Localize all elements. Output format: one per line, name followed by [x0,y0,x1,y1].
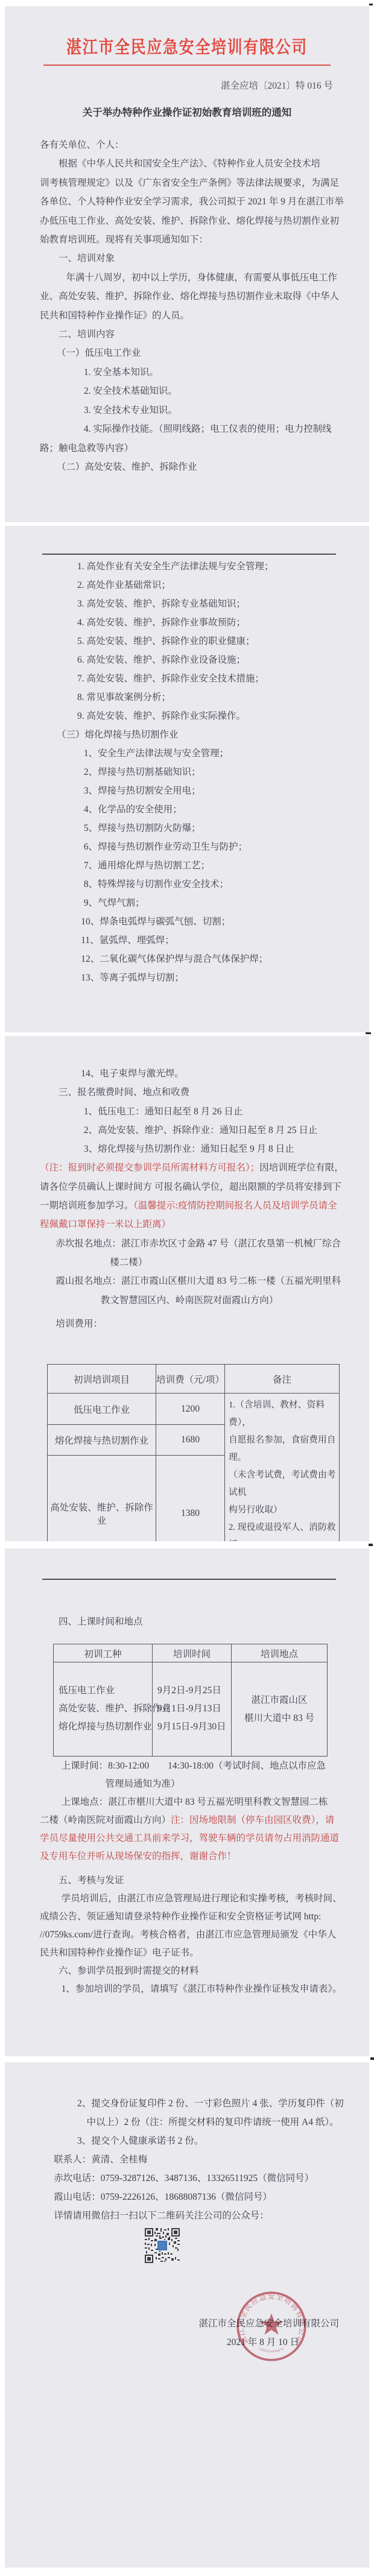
schedule-table: 初训工种 培训时间 培训地点 低压电工作业 高处安装、维护、拆除作业 熔化焊接与… [53,1644,328,1757]
text-line: 业、高处安装、维护、拆除作业、熔化焊接与热切割作业未取得《中华人 [40,287,343,306]
text-line: 一期培训班参加学习。（温馨提示:疫情防控期间报名人员及培训学员请全 [40,1196,343,1215]
page-3-body: 14、电子束焊与激光焊。三、报名缴费时间、地点和收费1、低压电工：通知日起至 8… [40,1064,343,1333]
text-line: 管理局通知为准） [40,1775,343,1793]
text-line: 1、低压电工：通知日起至 8 月 26 日止 [40,1102,343,1121]
text-line: 及专用车位并听从现场保安的指挥，谢谢合作！ [40,1848,343,1866]
schedule-job: 熔化焊接与热切割作业 [59,1718,152,1736]
text-line: 四、上课时间和地点 [40,1612,343,1631]
fee-value: 1680 [156,1425,225,1456]
text-line: 年满十八周岁，初中以上学历，身体健康，有需要从事低压电工作 [40,268,343,287]
page-3: 14、电子束焊与激光焊。三、报名缴费时间、地点和收费1、低压电工：通知日起至 8… [5,1036,369,1541]
text-line: 12、二氧化碳气体保护焊与混合气体保护焊； [40,950,343,968]
text-line: 1. 安全基本知识。 [40,363,343,382]
letterhead-rule [42,1579,336,1580]
text-line: //0759ks.com/进行查询。考核合格者，由湛江市应急管理局颁发《中华人 [40,1926,343,1944]
letterhead-rule [42,554,336,555]
fee-item: 低压电工作业 [48,1394,156,1425]
text-run: 二楼（岭南医院对面霞山方向） [40,1815,171,1825]
schedule-job: 低压电工作业 [59,1682,152,1700]
text-line: 1. 高处作业有关安全生产法律法规与安全管理； [40,557,343,576]
text-line: 二、培训内容 [40,325,343,344]
text-line: 13、等离子弧焊与切割； [40,968,343,987]
text-line: 上课时间：8:30-12:00 14:30-18:00（考试时间、地点以市应急 [40,1757,343,1775]
scan-artifact [366,1032,371,1034]
text-line: 2、焊接与热切割基础知识； [40,763,343,781]
page-1: 湛江市全民应急安全培训有限公司 湛全应培〔2021〕特 016 号 关于举办特种… [5,6,369,522]
schedule-time: 9月1日-9月13日 [157,1700,231,1718]
text-line: 民共和国特种作业操作证》的人员。 [40,306,343,325]
text-line: 教文智慧园区内、岭南医院对面霞山方向） [40,1291,343,1310]
fee-item: 熔化焊接与热切割作业 [48,1425,156,1456]
text-line: （二）高处安装、维护、拆除作业 [40,458,343,476]
schedule-job: 高处安装、维护、拆除作业 [59,1700,152,1718]
fee-item: 高处安装、维护、拆除作业 [48,1456,156,1542]
company-letterhead-title: 湛江市全民应急安全培训有限公司 [30,34,343,58]
text-line: 路；触电急救等内容） [40,439,343,458]
fee-table-header-fee: 培训费（元/项） [156,1365,225,1394]
text-line: （三）熔化焊接与热切割作业 [40,725,343,744]
text-line: （一）低压电工作业 [40,344,343,362]
text-line: 6、焊接与热切割作业劳动卫生与防护； [40,838,343,856]
text-line: 3、提交个人健康承诺书 2 份。 [40,2132,343,2150]
text-line: 8. 常见事故案例分析； [40,688,343,707]
text-line: 9、气焊气割； [40,894,343,912]
text-line: 请各位学员确认上课时间方 可报名确认学位，超出限额的学员将安排到下 [40,1178,343,1196]
text-line: 联系人：黄清、全桂梅 [40,2150,343,2169]
text-line: 5、焊接与热切割防火防爆； [40,819,343,838]
text-line: 始教育培训班。现将有关事项通知如下： [40,230,343,249]
text-line: 7. 高处安装、维护、拆除作业安全技术措施； [40,669,343,688]
text-line: 5. 高处安装、维护、拆除作业的职业健康； [40,632,343,651]
text-line: 各有关单位、个人： [40,136,343,154]
text-line: 各单位、个人特种作业安全学习需求，我公司拟于 2021 年 9 月在湛江市举 [40,192,343,211]
text-line: 2、提交身份证复印件 2 份、一寸彩色照片 4 张、学历复印件（初 [40,2094,343,2113]
text-line: 成绩公告、领证通知请登录特种作业操作证和安全资格证考试网 http: [40,1908,343,1926]
fee-value: 1200 [156,1394,225,1425]
stamp-code-text: 1406024044876 [258,2347,284,2353]
text-line: 10、焊条电弧焊与碳弧气刨、切割； [40,912,343,931]
text-line: 中以上）2 份（注：所提交材料的复印件请统一使用 A4 纸）。 [40,2113,343,2132]
text-line: 2. 安全技术基础知识。 [40,382,343,400]
schedule-header-job: 初训工种 [54,1644,153,1662]
text-line: 3. 高处安装、维护、拆除专业基础知识； [40,595,343,613]
text-line: 赤坎电话：0759-3287126、3487136、13326511925（微信… [40,2169,343,2188]
scanned-notice-document: { "header": { "company": "湛江市全民应急安全培训有限公… [0,0,374,2576]
text-line: 6. 高处安装、维护、拆除作业设备设施； [40,651,343,669]
text-line: 9. 高处安装、维护、拆除作业实际操作。 [40,707,343,725]
document-number: 湛全应培〔2021〕特 016 号 [5,78,333,92]
text-line: 8、特殊焊接与切割作业安全技术； [40,875,343,894]
page-4: 四、上课时间和地点 初训工种 培训时间 培训地点 低压电工作业 高处安装、维护、… [5,1548,369,2056]
text-line: （注：报到时必须提交参训学员所需材料方可报名）；因培训班学位有限， [40,1158,343,1177]
page-2: 1. 高处作业有关安全生产法律法规与安全管理；2. 高处作业基础常识；3. 高处… [5,526,369,1032]
text-line: 1、参加培训的学员，请填写《湛江市特种作业操作证核发申请表》。 [40,1980,343,1998]
schedule-time: 9月15日-9月30日 [157,1718,231,1736]
text-line: 14、电子束焊与激光焊。 [40,1064,343,1083]
fee-table-header-item: 初训培训项目 [48,1365,156,1394]
text-run: 因培训班学位有限， [259,1163,344,1173]
text-line: 二楼（岭南医院对面霞山方向）注：因场地限制（停车由园区收费），请 [40,1811,343,1829]
schedule-location: 湛江市霞山区 椹川大道中 83 号 [232,1662,327,1728]
schedule-time: 9月2日-9月25日 [157,1682,231,1700]
text-run: 一期培训班参加学习。 [40,1201,133,1211]
text-line: 程佩戴口罩保持一米以上距离） [40,1215,343,1234]
page-2-body: 1. 高处作业有关安全生产法律法规与安全管理；2. 高处作业基础常识；3. 高处… [40,557,343,987]
schedule-jobs: 低压电工作业 高处安装、维护、拆除作业 熔化焊接与热切割作业 [54,1662,152,1736]
scan-artifact [369,4,373,5]
text-line: 详情请用微信扫一扫以下二维码关注公司的公众号： [40,2206,343,2225]
wechat-qr-code [145,2228,180,2263]
letterhead-red-rule [43,65,331,66]
text-line: 4、化学品的安全使用； [40,800,343,819]
page-1-body: 各有关单位、个人：根据《中华人民共和国安全生产法》、《特种作业人员安全技术培训考… [40,136,343,476]
fee-value: 1380 [156,1456,225,1542]
text-line: 办低压电工作业、高处安装、维护、拆除作业、熔化焊接与热切割作业初 [40,212,343,230]
text-line: 霞山电话：0759-2226126、18688087136（微信同号） [40,2188,343,2206]
fee-table: 初训培训项目 培训费（元/项） 备注 低压电工作业 1200 1.（含培训、教材… [47,1364,340,1541]
text-line: 7、通用熔化焊与热切割工艺； [40,856,343,875]
table-row: 低压电工作业 1200 1.（含培训、教材、资料费）， 自愿报名参加，食宿费用自… [48,1394,340,1425]
text-line: 上课地点：湛江市椹川大道中 83 号五福光明里科教文智慧园二栋 [40,1793,343,1811]
text-line: 2、高处安装、维护、拆除作业：通知日起至 8 月 25 日止 [40,1121,343,1140]
text-line: 3. 安全技术专业知识。 [40,401,343,420]
text-line: 三、报名缴费时间、地点和收费 [40,1083,343,1102]
text-line: 一、培训对象 [40,249,343,268]
company-round-stamp: 湛江市全民应急安全培训有限公司 1406024044876 [234,2289,309,2364]
text-line: 3、熔化焊接与热切割作业：通知日起至 9 月 8 日止 [40,1140,343,1158]
text-line: 11、氩弧焊、埋弧焊； [40,931,343,950]
text-line: 训考核管理规定》以及《广东省安全生产条例》等法律法规要求，为满足 [40,174,343,192]
text-line: 学员培训后，由湛江市应急管理局进行理论和实操考核，考核时间、 [40,1890,343,1908]
text-line: 3、焊接与热切割安全用电； [40,781,343,800]
table-row: 低压电工作业 高处安装、维护、拆除作业 熔化焊接与热切割作业 9月2日-9月25… [54,1662,328,1757]
text-line: 培训费用： [40,1315,343,1333]
text-line: 赤坎报名地点：湛江市赤坎区寸金路 47 号（湛江农垦第一机械厂综合 [40,1234,343,1253]
fee-remark: 1.（含培训、教材、资料费）， 自愿报名参加，食宿费用自理。 （未含考试费，考试… [225,1394,340,1542]
text-line: 楼二楼） [40,1253,343,1272]
schedule-times: 9月2日-9月25日 9月1日-9月13日 9月15日-9月30日 [153,1662,231,1736]
text-line: 根据《中华人民共和国安全生产法》、《特种作业人员安全技术培 [40,154,343,173]
page-5: 2、提交身份证复印件 2 份、一寸彩色照片 4 张、学历复印件（初中以上）2 份… [5,2062,369,2568]
page-4-section-heading: 四、上课时间和地点 [40,1612,343,1631]
page-5-body: 2、提交身份证复印件 2 份、一寸彩色照片 4 张、学历复印件（初中以上）2 份… [40,2094,343,2225]
text-run: 注：因场地限制（停车由园区收费），请 [171,1815,334,1825]
scan-artifact [369,1544,373,1546]
stamp-star-icon [260,2313,282,2335]
text-line: 1、安全生产法律法规与安全管理； [40,744,343,763]
text-run: （注：报到时必须提交参训学员所需材料方可报名）； [40,1163,259,1173]
text-line: 学员尽量使用公共交通工具前来学习，驾驶车辆的学员请勿占用消防通道 [40,1829,343,1848]
text-line: 2. 高处作业基础常识； [40,576,343,595]
text-line: 六、参训学员报到时需提交的材料 [40,1962,343,1980]
fee-table-header-remark: 备注 [225,1365,340,1394]
text-run: （温馨提示:疫情防控期间报名人员及培训学员请全 [133,1201,337,1211]
text-line: 4. 实际操作技能。（照明线路；电工仪表的使用；电力控制线 [40,420,343,438]
text-line: 霞山报名地点：湛江市霞山区椹川大道 83 号二栋一楼（五福光明里科 [40,1272,343,1290]
text-line: 五、考核与发证 [40,1872,343,1890]
scan-artifact [370,2057,374,2060]
text-line: 民共和国特种作业操作证》电子证书。 [40,1944,343,1962]
text-line: 4. 高处安装、维护、拆除作业事故预防； [40,613,343,632]
notice-title: 关于举办特种作业操作证初始教育培训班的通知 [5,104,369,119]
schedule-header-place: 培训地点 [232,1644,328,1662]
schedule-header-time: 培训时间 [153,1644,232,1662]
page-4-body: 上课时间：8:30-12:00 14:30-18:00（考试时间、地点以市应急管… [40,1757,343,1998]
